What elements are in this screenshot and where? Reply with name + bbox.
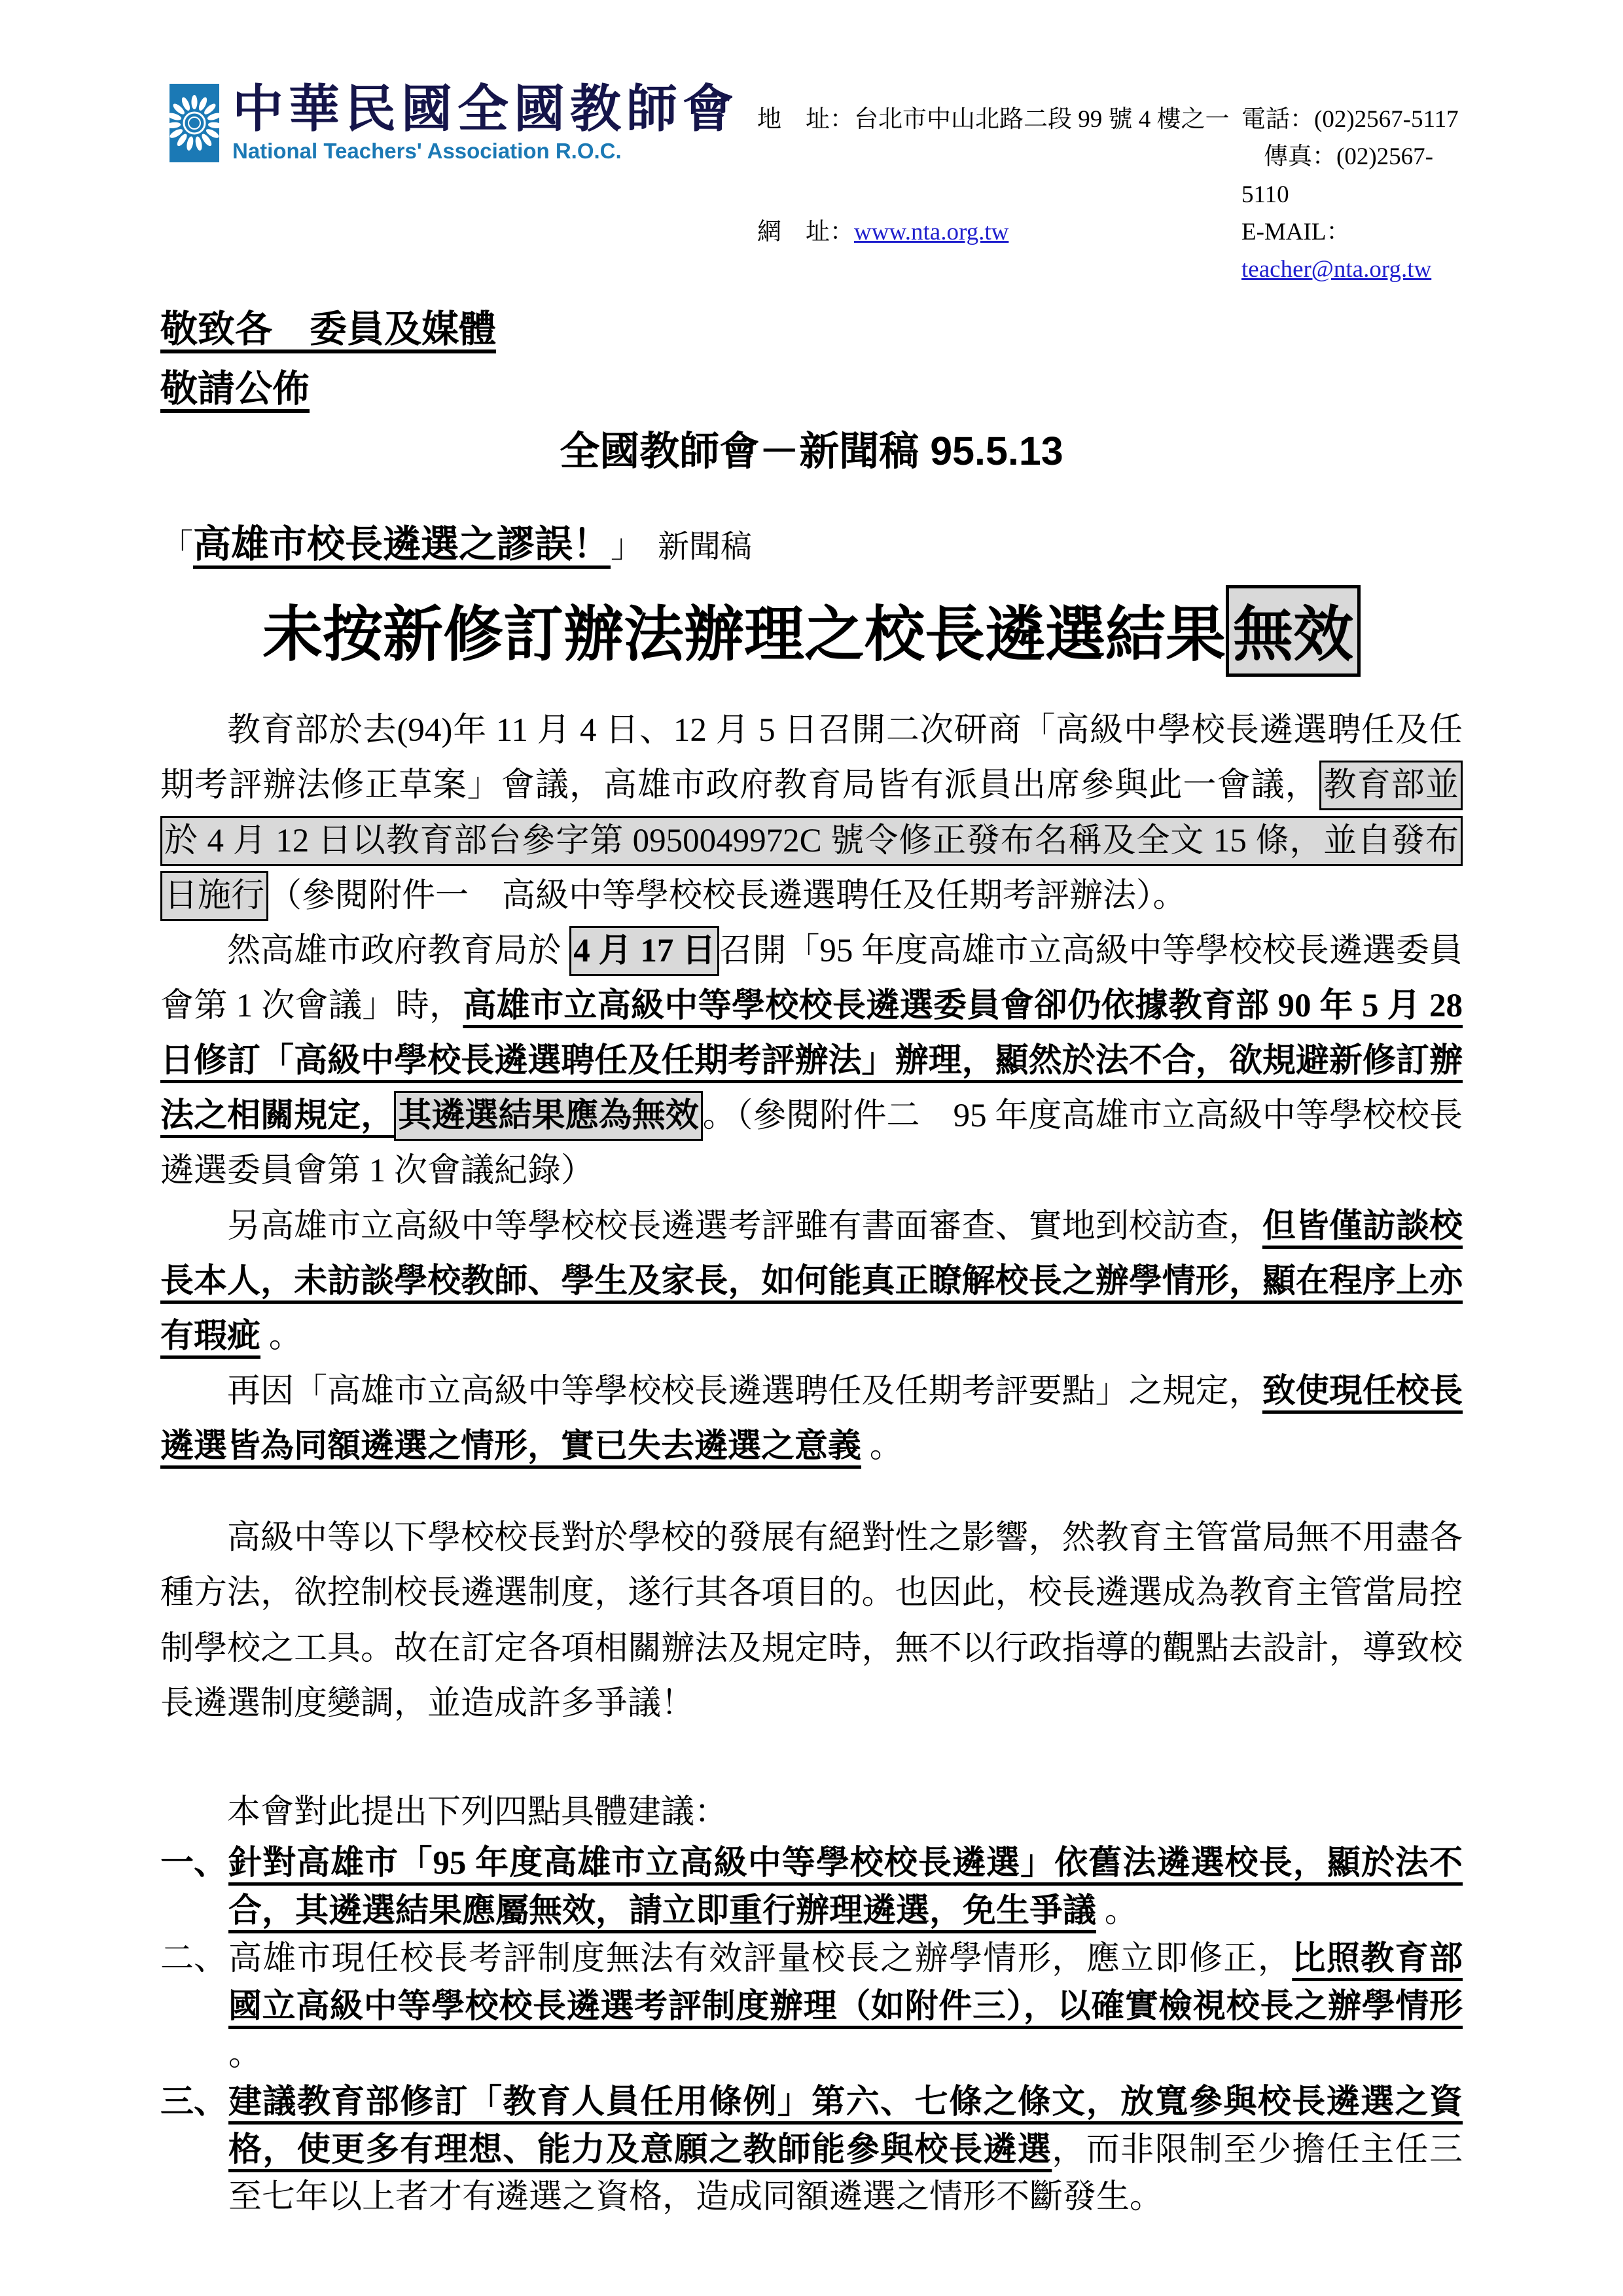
email-link[interactable]: teacher@nta.org.tw xyxy=(1241,256,1431,283)
text-run: 高雄市現任校長考評制度無法有效評量校長之辦學情形，應立即修正， xyxy=(228,1941,1292,1977)
subject-line: 「高雄市校長遴選之謬誤！」新聞稿 xyxy=(160,520,1463,569)
paragraph: 本會對此提出下列四點具體建議： xyxy=(160,1785,1463,1840)
phone-fax-field: 電話：(02)2567-5117傳真：(02)2567-5110 xyxy=(1241,101,1463,213)
text-run: （參閱附件一 高級中等學校校長遴選聘任及任期考評辦法）。 xyxy=(268,878,1186,914)
letterhead: 中華民國全國教師會 National Teachers' Association… xyxy=(169,84,1463,289)
paragraph: 再因「高雄市立高級中等學校校長遴選聘任及任期考評要點」之規定，致使現任校長遴選皆… xyxy=(160,1364,1463,1474)
paragraph: 然高雄市政府教育局於 4 月 17 日召開「95 年度高雄市立高級中等學校校長遴… xyxy=(160,924,1463,1199)
org-logo-block: 中華民國全國教師會 National Teachers' Association… xyxy=(169,84,739,164)
headline-boxed-term: 無效 xyxy=(1226,585,1361,677)
text-run: 再因「高雄市立高級中等學校校長遴選聘任及任期考評要點」之規定， xyxy=(227,1373,1262,1410)
text-run: 教育部於去(94)年 11 月 4 日、12 月 5 日召開二次研商「高級中學校… xyxy=(160,712,1463,804)
contact-block: 地 址：台北市中山北路二段 99 號 4 樓之一 電話：(02)2567-511… xyxy=(757,101,1463,289)
list-item: 三、建議教育部修訂「教育人員任用條例」第六、七條之條文，放寬參與校長遴選之資格，… xyxy=(160,2079,1463,2222)
text-run: 。 xyxy=(861,1428,903,1465)
phone-value: (02)2567-5117 xyxy=(1314,106,1459,133)
website-link[interactable]: www.nta.org.tw xyxy=(854,219,1008,245)
bracket-open: 「 xyxy=(160,528,193,564)
body-paragraphs: 教育部於去(94)年 11 月 4 日、12 月 5 日召開二次研商「高級中學校… xyxy=(160,703,1463,2221)
document-page: 中華民國全國教師會 National Teachers' Association… xyxy=(0,0,1623,2296)
list-item: 一、針對高雄市「95 年度高雄市立高級中等學校校長遴選」依舊法遴選校長，顯於法不… xyxy=(160,1840,1463,1935)
email-field: E-MAIL：teacher@nta.org.tw xyxy=(1241,213,1463,289)
text-run: 。 xyxy=(1096,1893,1138,1929)
address-value: 台北市中山北路二段 99 號 4 樓之一 xyxy=(854,106,1230,133)
notice-publish-line: 敬請公佈 xyxy=(160,368,310,411)
notice-to-line: 敬致各 委員及媒體 xyxy=(160,308,496,351)
fax-label: 傳真： xyxy=(1264,143,1336,170)
bracket-close: 」 xyxy=(611,528,643,564)
email-label: E-MAIL： xyxy=(1241,219,1350,245)
press-release-title: 全國教師會－新聞稿 95.5.13 xyxy=(160,428,1463,474)
contact-row-1: 地 址：台北市中山北路二段 99 號 4 樓之一 電話：(02)2567-511… xyxy=(757,101,1463,213)
list-marker: 二、 xyxy=(160,1935,227,1983)
contact-row-2: 網 址：www.nta.org.tw E-MAIL：teacher@nta.or… xyxy=(757,213,1463,289)
address-label: 地 址： xyxy=(757,106,854,133)
web-label: 網 址： xyxy=(757,219,854,245)
highlighted-text-run: 其遴選結果應為無效 xyxy=(394,1091,702,1141)
text-run: 另高雄市立高級中等學校校長遴選考評雖有書面審查、實地到校訪查， xyxy=(227,1208,1262,1245)
text-run: 然高雄市政府教育局於 xyxy=(227,933,569,969)
address-field: 地 址：台北市中山北路二段 99 號 4 樓之一 xyxy=(757,101,1241,213)
org-name-zh: 中華民國全國教師會 xyxy=(232,84,739,135)
org-names: 中華民國全國教師會 National Teachers' Association… xyxy=(232,84,739,164)
sunflower-emblem-icon xyxy=(169,84,219,162)
list-item: 二、高雄市現任校長考評制度無法有效評量校長之辦學情形，應立即修正，比照教育部國立… xyxy=(160,1935,1463,2079)
text-run: 高級中等以下學校校長對於學校的發展有絕對性之影響，然教育主管當局無不用盡各種方法… xyxy=(160,1520,1463,1721)
text-run: 針對高雄市「95 年度高雄市立高級中等學校校長遴選」依舊法遴選校長，顯於法不合，… xyxy=(228,1845,1463,1929)
paragraph: 教育部於去(94)年 11 月 4 日、12 月 5 日召開二次研商「高級中學校… xyxy=(160,703,1463,924)
org-name-en: National Teachers' Association R.O.C. xyxy=(232,139,739,164)
paragraph: 另高雄市立高級中等學校校長遴選考評雖有書面審查、實地到校訪查，但皆僅訪談校長本人… xyxy=(160,1199,1463,1364)
subject-core: 高雄市校長遴選之謬誤！ xyxy=(193,523,611,565)
headline-main: 未按新修訂辦法辦理之校長遴選結果 xyxy=(262,601,1226,668)
highlighted-text-run: 4 月 17 日 xyxy=(569,926,719,976)
text-run: 。 xyxy=(260,1318,302,1355)
list-marker: 三、 xyxy=(160,2079,227,2126)
paragraph: 高級中等以下學校校長對於學校的發展有絕對性之影響，然教育主管當局無不用盡各種方法… xyxy=(160,1511,1463,1731)
nta-logo-icon xyxy=(169,84,219,162)
main-headline: 未按新修訂辦法辦理之校長遴選結果無效 xyxy=(160,598,1463,673)
text-run: 本會對此提出下列四點具體建議： xyxy=(227,1794,728,1831)
subject-suffix: 新聞稿 xyxy=(658,529,752,564)
phone-label: 電話： xyxy=(1241,106,1314,133)
text-run: 。 xyxy=(228,2036,262,2073)
web-field: 網 址：www.nta.org.tw xyxy=(757,213,1241,289)
list-marker: 一、 xyxy=(160,1840,227,1888)
